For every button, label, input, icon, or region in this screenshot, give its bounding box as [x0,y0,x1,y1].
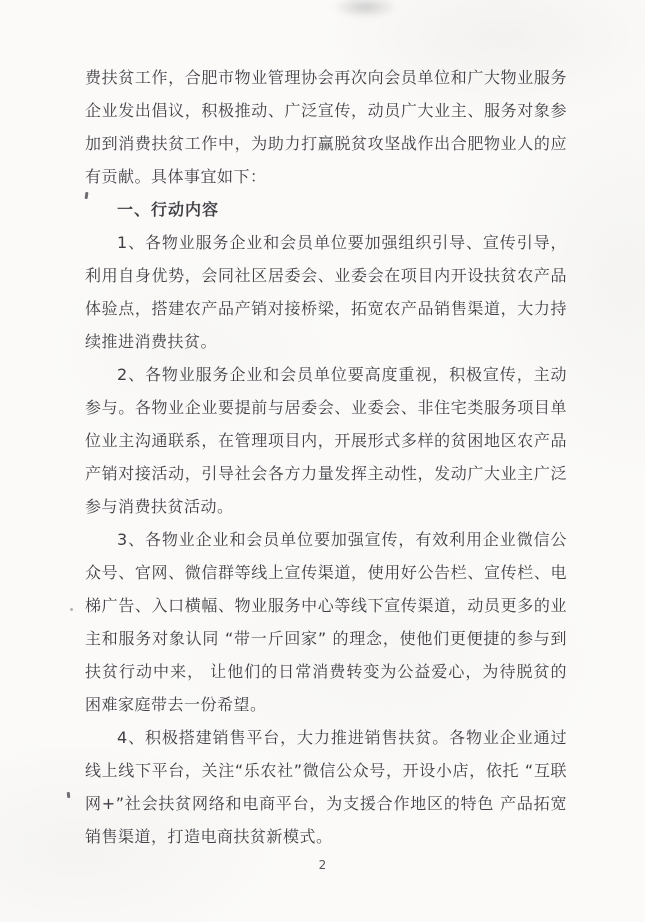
section-heading: 一、行动内容 [85,193,567,226]
paragraph-item-3: 3、各物业企业和会员单位要加强宣传，有效利用企业微信公众号、官网、微信群等线上宣… [85,523,567,721]
scan-artifact [67,792,71,798]
document-page: 费扶贫工作，合肥市物业管理协会再次向会员单位和广大物业服务企业发出倡议，积极推动… [0,0,645,922]
paragraph-item-2: 2、各物业服务企业和会员单位要高度重视，积极宣传，主动参与。各物业企业要提前与居… [85,358,567,523]
paragraph-item-1: 1、各物业服务企业和会员单位要加强组织引导、宣传引导，利用自身优势，会同社区居委… [85,226,567,358]
paragraph-continuation: 费扶贫工作，合肥市物业管理协会再次向会员单位和广大物业服务企业发出倡议，积极推动… [85,61,567,193]
page-number: 2 [0,858,645,872]
paragraph-item-4: 4、积极搭建销售平台，大力推进销售扶贫。各物业企业通过线上线下平台，关注“乐农社… [85,721,567,853]
scan-artifact [70,608,73,611]
document-body: 费扶贫工作，合肥市物业管理协会再次向会员单位和广大物业服务企业发出倡议，积极推动… [85,61,567,853]
scan-smudge [332,0,398,18]
